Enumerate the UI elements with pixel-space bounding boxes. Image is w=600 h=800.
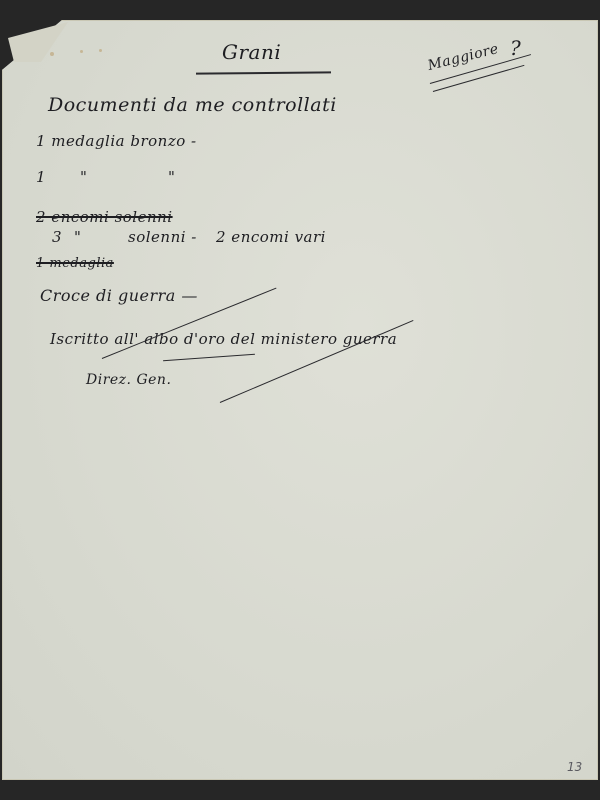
list-item: 1 medaglia bronzo - bbox=[36, 132, 197, 150]
stain bbox=[99, 49, 102, 52]
list-item: Direz. Gen. bbox=[86, 372, 171, 388]
stain bbox=[50, 52, 54, 56]
ditto-mark: " bbox=[74, 228, 81, 246]
item-count: 3 bbox=[52, 228, 62, 246]
list-item: 1 " " bbox=[36, 168, 46, 186]
list-item: Iscritto all' albo d'oro del ministero g… bbox=[50, 330, 397, 348]
item-text: solenni - bbox=[128, 228, 197, 246]
struck-item: 2 encomi solenni bbox=[36, 208, 173, 226]
stain bbox=[80, 50, 83, 53]
ditto-mark: " bbox=[168, 168, 175, 186]
list-item: Croce di guerra — bbox=[40, 286, 198, 305]
item-count: 1 bbox=[36, 168, 46, 186]
struck-item: 1 medaglia bbox=[36, 256, 114, 271]
section-heading: Documenti da me controllati bbox=[48, 94, 337, 116]
page-title: Grani bbox=[222, 40, 281, 64]
item-extra: 2 encomi vari bbox=[216, 228, 326, 246]
ditto-mark: " bbox=[80, 168, 87, 186]
page-number: 13 bbox=[567, 760, 582, 774]
